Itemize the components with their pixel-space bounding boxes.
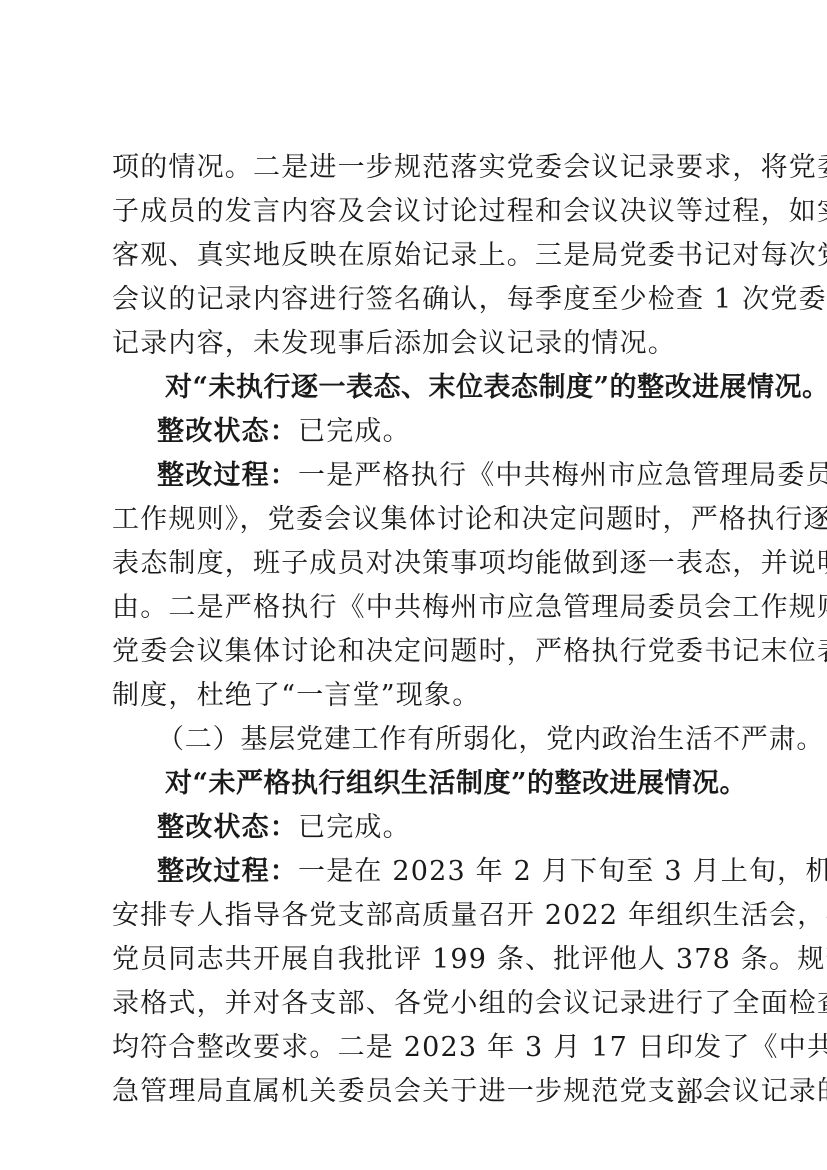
- body-line: 均符合整改要求。二是 2023 年 3 月 17 日印发了《中共梅州市应: [112, 1026, 724, 1070]
- status-value: 已完成。: [298, 812, 411, 843]
- body-line: 党员同志共开展自我批评 199 条、批评他人 378 条。规范会议记: [112, 938, 724, 982]
- rectification-status: 整改状态：已完成。: [112, 410, 724, 454]
- body-line: 急管理局直属机关委员会关于进一步规范党支部会议记录的通: [112, 1070, 724, 1114]
- rectification-process: 整改过程：一是严格执行《中共梅州市应急管理局委员会: [112, 454, 724, 498]
- body-line: 客观、真实地反映在原始记录上。三是局党委书记对每次党委: [112, 234, 724, 278]
- section-heading: （二）基层党建工作有所弱化，党内政治生活不严肃。: [112, 718, 724, 762]
- process-label: 整改过程：: [157, 460, 298, 491]
- body-line: 项的情况。二是进一步规范落实党委会议记录要求，将党委班: [112, 146, 724, 190]
- rectification-heading: 对“未严格执行组织生活制度”的整改进展情况。: [112, 762, 724, 806]
- document-page: 项的情况。二是进一步规范落实党委会议记录要求，将党委班 子成员的发言内容及会议讨…: [112, 146, 724, 1114]
- status-label: 整改状态：: [157, 416, 298, 447]
- process-text: 一是在 2023 年 2 月下旬至 3 月上旬，机关党委: [298, 856, 827, 887]
- status-label: 整改状态：: [157, 812, 298, 843]
- body-line: 录格式，并对各支部、各党小组的会议记录进行了全面检查，: [112, 982, 724, 1026]
- rectification-status: 整改状态：已完成。: [112, 806, 724, 850]
- body-line: 会议的记录内容进行签名确认，每季度至少检查 1 次党委会议: [112, 278, 724, 322]
- process-label: 整改过程：: [157, 856, 298, 887]
- process-text: 一是严格执行《中共梅州市应急管理局委员会: [298, 460, 827, 491]
- body-line: 子成员的发言内容及会议讨论过程和会议决议等过程，如实、: [112, 190, 724, 234]
- rectification-process: 整改过程：一是在 2023 年 2 月下旬至 3 月上旬，机关党委: [112, 850, 724, 894]
- body-line: 工作规则》，党委会议集体讨论和决定问题时，严格执行逐一: [112, 498, 724, 542]
- page-number-text: - 21 -: [665, 1084, 711, 1109]
- body-line: 记录内容，未发现事后添加会议记录的情况。: [112, 322, 724, 366]
- body-line: 由。二是严格执行《中共梅州市应急管理局委员会工作规则》，: [112, 586, 724, 630]
- body-line: 党委会议集体讨论和决定问题时，严格执行党委书记末位表态: [112, 630, 724, 674]
- body-line: 制度，杜绝了“一言堂”现象。: [112, 674, 724, 718]
- status-value: 已完成。: [298, 416, 411, 447]
- body-line: 表态制度，班子成员对决策事项均能做到逐一表态，并说明理: [112, 542, 724, 586]
- body-line: 安排专人指导各党支部高质量召开 2022 年组织生活会，各支部: [112, 894, 724, 938]
- rectification-heading: 对“未执行逐一表态、末位表态制度”的整改进展情况。: [112, 366, 724, 410]
